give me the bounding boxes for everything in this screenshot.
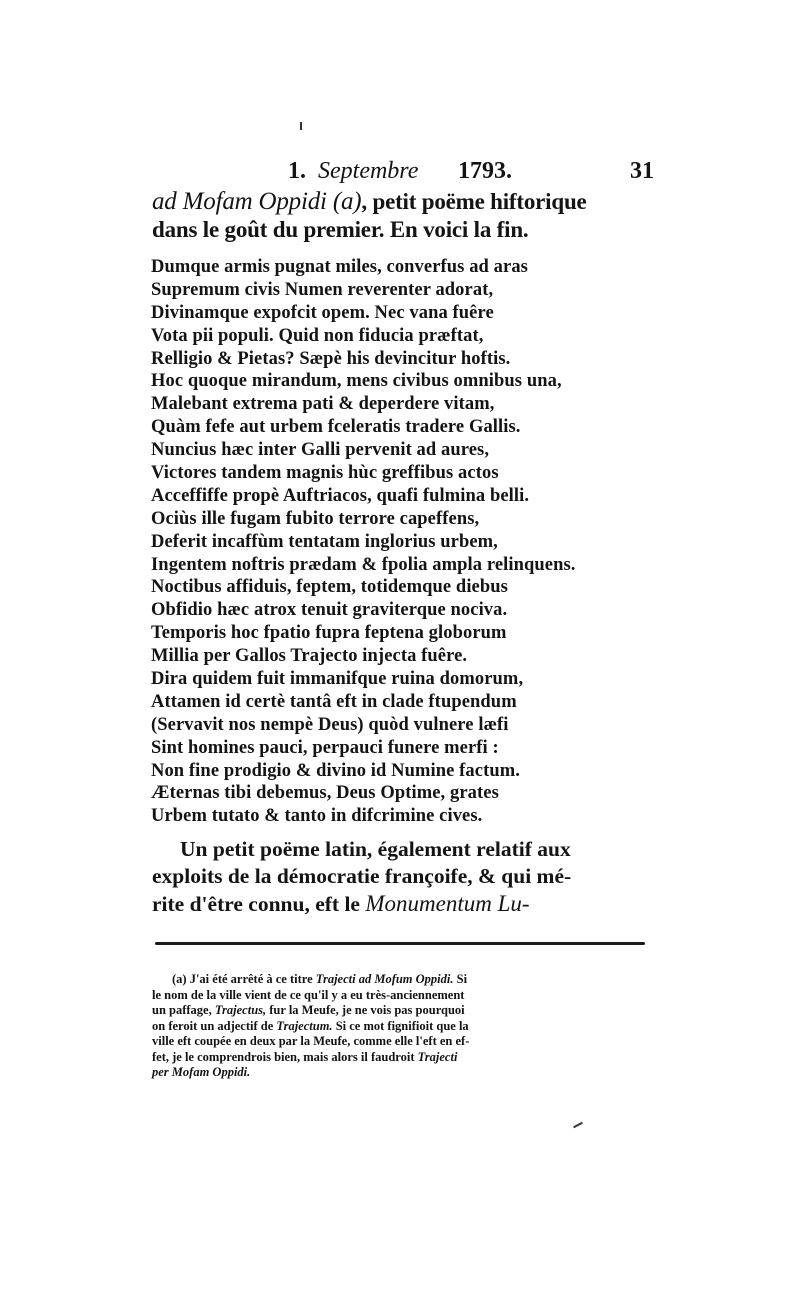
footnote-italic: Trajectus, [215, 1003, 266, 1017]
footnote-italic: Trajecti ad Mofum Oppidi. [316, 972, 454, 986]
verse-line: Urbem tutato & tanto in difcrimine cives… [151, 805, 671, 828]
verse-line: Non fine prodigio & divino id Numine fac… [151, 760, 671, 783]
verse-line: Temporis hoc fpatio fupra feptena globor… [151, 622, 671, 645]
page-number: 31 [630, 156, 654, 186]
paragraph-line-3-italic: Monumentum Lu- [365, 891, 529, 916]
running-header: 1. Septembre 1793. 31 [288, 156, 660, 186]
verse-line: Malebant extrema pati & deperdere vitam, [151, 393, 671, 416]
intro-line-2: dans le goût du premier. En voici la fin… [152, 216, 652, 244]
intro-line-1: ad Mofam Oppidi (a), petit poëme hiftori… [152, 188, 652, 216]
header-month: Septembre [318, 156, 418, 186]
verse-line: Deferit incaffùm tentatam inglorius urbe… [151, 531, 671, 554]
verse-line: Quàm fefe aut urbem fceleratis tradere G… [151, 416, 671, 439]
footnote-italic: Trajectum. [276, 1019, 332, 1033]
paragraph-line-3: rite d'être connu, eft le Monumentum Lu- [152, 890, 654, 917]
footnote-line: un paffage, Trajectus, fur la Meufe, je … [152, 1003, 657, 1019]
footnote-text: (a) J'ai été arrêté à ce titre [172, 972, 316, 986]
footnote-line: fet, je le comprendrois bien, mais alors… [152, 1050, 657, 1066]
footnote-text: fet, je le comprendrois bien, mais alors… [152, 1050, 418, 1064]
verse-line: Attamen id certè tantâ eft in clade ftup… [151, 691, 671, 714]
footnote-line: le nom de la ville vient de ce qu'il y a… [152, 988, 657, 1004]
verse-line: Nuncius hæc inter Galli pervenit ad aure… [151, 439, 671, 462]
verse-line: Noctibus affiduis, feptem, totidemque di… [151, 576, 671, 599]
header-day: 1. [288, 156, 306, 186]
footnote-italic: per Mofam Oppidi. [152, 1065, 250, 1079]
scan-speck [573, 1122, 583, 1128]
body-paragraph: Un petit poëme latin, également relatif … [152, 836, 654, 917]
verse-line: Divinamque expofcit opem. Nec vana fuêre [151, 302, 671, 325]
footnote-line: (a) J'ai été arrêté à ce titre Trajecti … [152, 972, 657, 988]
verse-line: Supremum civis Numen reverenter adorat, [151, 279, 671, 302]
latin-poem: Dumque armis pugnat miles, converfus ad … [151, 256, 671, 828]
verse-line: Dumque armis pugnat miles, converfus ad … [151, 256, 671, 279]
footnote-line: ville eft coupée en deux par la Meufe, c… [152, 1034, 657, 1050]
footnote-italic: Trajecti [418, 1050, 458, 1064]
intro-line-1-rest: , petit poëme hiftorique [361, 189, 586, 214]
footnote-text: un paffage, [152, 1003, 215, 1017]
footnote-text: on feroit un adjectif de [152, 1019, 276, 1033]
verse-line: Millia per Gallos Trajecto injecta fuêre… [151, 645, 671, 668]
verse-line: Dira quidem fuit immanifque ruina domoru… [151, 668, 671, 691]
verse-line: Victores tandem magnis hùc greffibus act… [151, 462, 671, 485]
intro-title-italic: ad Mofam Oppidi (a) [152, 188, 361, 215]
verse-line: (Servavit nos nempè Deus) quòd vulnere l… [151, 714, 671, 737]
verse-line: Obfidio hæc atrox tenuit graviterque noc… [151, 599, 671, 622]
verse-line: Vota pii populi. Quid non fiducia præfta… [151, 325, 671, 348]
footnote-line: per Mofam Oppidi. [152, 1065, 657, 1081]
verse-line: Sint homines pauci, perpauci funere merf… [151, 737, 671, 760]
verse-line: Æternas tibi debemus, Deus Optime, grate… [151, 782, 671, 805]
paragraph-line-2: exploits de la démocratie françoife, & q… [152, 863, 654, 890]
intro-text: ad Mofam Oppidi (a), petit poëme hiftori… [152, 188, 652, 244]
footnote-text: fur la Meufe, je ne vois pas pourquoi [266, 1003, 465, 1017]
footnote-text: le nom de la ville vient de ce qu'il y a… [152, 988, 464, 1002]
verse-line: Hoc quoque mirandum, mens civibus omnibu… [151, 370, 671, 393]
footnote-line: on feroit un adjectif de Trajectum. Si c… [152, 1019, 657, 1035]
footnote-text: Si ce mot fignifioit que la [333, 1019, 469, 1033]
verse-line: Ingentem noftris prædam & fpolia ampla r… [151, 554, 671, 577]
paragraph-line-3-plain: rite d'être connu, eft le [152, 892, 365, 916]
footnote: (a) J'ai été arrêté à ce titre Trajecti … [152, 972, 657, 1081]
footnote-text: ville eft coupée en deux par la Meufe, c… [152, 1034, 469, 1048]
scan-speck [300, 122, 302, 130]
paragraph-line-1: Un petit poëme latin, également relatif … [152, 836, 654, 863]
verse-line: Ociùs ille fugam fubito terrore capeffen… [151, 508, 671, 531]
verse-line: Relligio & Pietas? Sæpè his devincitur h… [151, 348, 671, 371]
verse-line: Acceffiffe propè Auftriacos, quafi fulmi… [151, 485, 671, 508]
footnote-text: Si [454, 972, 468, 986]
book-page: 1. Septembre 1793. 31 ad Mofam Oppidi (a… [0, 0, 800, 1304]
header-year: 1793. [458, 156, 512, 186]
footnote-separator-rule [155, 942, 645, 945]
